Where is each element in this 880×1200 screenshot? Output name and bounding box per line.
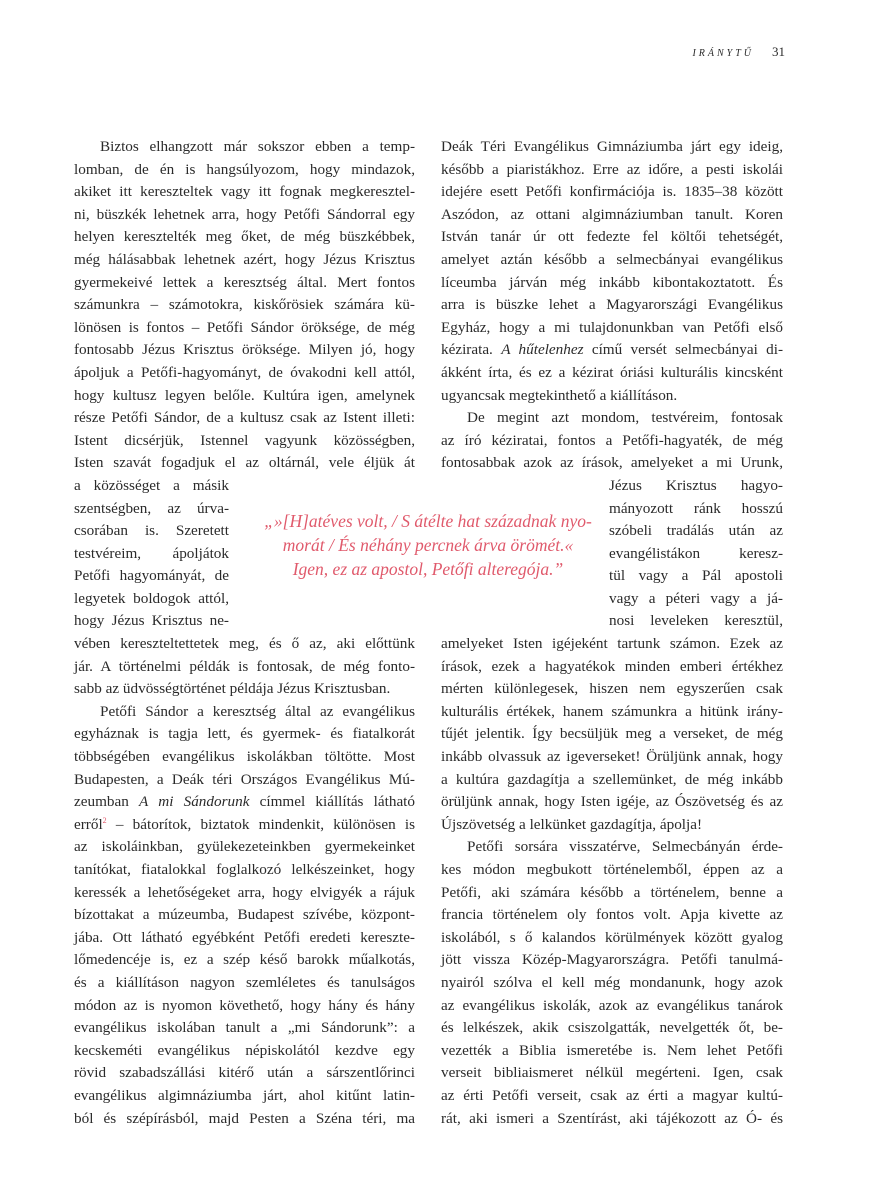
exhibit-title: A mi Sándorunk [139,793,249,810]
text-line: rát, aki ismeri a Szentírást, aki tájéko… [441,1108,783,1131]
text-line: és a kiállításon nagyon szemléletes és t… [74,972,415,995]
left-column: Biztos elhangzott már sokszor ebben a te… [74,136,415,1130]
text-line: evangélistákon keresz- [609,543,783,566]
text-line: nyairól szólva el kell még mondanunk, ho… [441,972,783,995]
text-fragment: címmel kiállítás látható [249,793,415,810]
text-line: inkább olvassuk az igeverseket! Örüljünk… [441,746,783,769]
text-line: nosi leveleken keresztül, [609,610,783,633]
text-line: kes módon megbukott történelemből, éppen… [441,859,783,882]
text-line: hogy kultusz legyen belőle. Kultúra igen… [74,385,415,408]
text-line: tanítókat, fiatalokkal foglalkozó lelkés… [74,859,415,882]
text-line: akiket itt kereszteltek vagy itt fognak … [74,181,415,204]
text-line: István tanár úr ott fedezte fel költői t… [441,226,783,249]
text-fragment: – bátorítok, biztatok mindenkit, különös… [107,816,415,833]
text-line: idejére esett Petőfi konfirmációja is. 1… [441,181,783,204]
text-line: ápoljuk a Petőfi-hagyományt, de óvakodni… [74,362,415,385]
text-line: a kultúra gazdagítja a szellemünket, de … [441,769,783,792]
text-line: örüljünk annak, hogy Isten igéje, az Ósz… [441,791,783,814]
text-line: kulturális értékek, hanem számunkra a hi… [441,701,783,724]
text-line: Jézus Krisztus hagyo- [609,475,783,498]
text-line: egyháznak is tagja lett, és gyermek- és … [74,723,415,746]
text-line-exhibit: zeumban A mi Sándorunk címmel kiállítás … [74,791,415,814]
text-line: tül vagy a Pál apostoli [609,565,783,588]
text-line: Biztos elhangzott már sokszor ebben a te… [74,136,415,159]
text-line: Petőfi Sándor a keresztség által az evan… [74,701,415,724]
text-line: lönösen is fontos – Petőfi Sándor öröksé… [74,317,415,340]
text-fragment: című versét selmecbányai di- [584,341,784,358]
text-line: vagy a péteri vagy a já- [609,588,783,611]
text-line: kecskeméti evangélikus népiskolától kezd… [74,1040,415,1063]
text-line: sabb az üdvösségtörténet példája Jézus K… [74,678,415,701]
text-line: többségében evangélikus iskolákban töltö… [74,746,415,769]
text-line: része Petőfi Sándor, de a kultusz csak a… [74,407,415,430]
text-line: Újszövetség a lelkünket gazdagítja, ápol… [441,814,783,837]
text-fragment: zeumban [74,793,139,810]
text-line: Istent dicsérjük, Istennel vagyunk közös… [74,430,415,453]
journal-title: IRÁNYTŰ [692,48,754,59]
text-line: később a piaristákhoz. Erre az időre, a … [441,159,783,182]
text-line: evangélikus algimnáziumba járt, ahol kit… [74,1085,415,1108]
text-fragment: erről [74,816,103,833]
text-line: iskolából, s ő kalandos körülmények közö… [441,927,783,950]
text-line: Petőfi sorsára visszatérve, Selmecbányán… [441,836,783,859]
text-line: rövid szabadszállási kitérő után a sársz… [74,1062,415,1085]
text-line: Budapesten, a Deák téri Országos Evangél… [74,769,415,792]
text-line: jött vissza Közép-Magyarországra. Petőfi… [441,949,783,972]
text-line: vében kereszteltettetek meg, és ő az, ak… [74,633,415,656]
text-line: verseit bibliaismeret nélkül megérteni. … [441,1062,783,1085]
text-line: mérten különlegesek, hiszen nem egyszerű… [441,678,783,701]
text-line: az evangélikus iskolák, azok az evangéli… [441,995,783,1018]
text-line: fontosabbak azok az írások, amelyeket a … [441,452,783,475]
text-line: Aszódon, az ottani algimnáziumban tanult… [441,204,783,227]
text-line: ból és szépírásból, majd Pesten a Széna … [74,1108,415,1131]
text-line: módon az is nyomon követhető, hogy hány … [74,995,415,1018]
text-line: arra is büszke lehet a Magyarországi Eva… [441,294,783,317]
text-line: francia történelem oly fontos volt. Apja… [441,904,783,927]
text-line-footnote: erről2 – bátorítok, biztatok mindenkit, … [74,814,415,837]
text-line: helyen keresztelték meg őket, de még büs… [74,226,415,249]
text-line: jába. Ott látható egyébként Petőfi erede… [74,927,415,950]
text-line: amelyet aztán később a selmecbányai evan… [441,249,783,272]
text-line: szentségben, az úrva- [74,498,229,521]
running-head: IRÁNYTŰ31 [600,44,785,62]
text-line: szóbeli tradálás után az [609,520,783,543]
text-line: hogy Jézus Krisztus ne- [74,610,229,633]
text-line-poem: kézirata. A hűtelenhez című versét selme… [441,339,783,362]
text-line: csorában is. Szeretett [74,520,229,543]
text-line: De megint azt mondom, testvéreim, fontos… [441,407,783,430]
text-line: Petőfi hagyományát, de [74,565,229,588]
text-line: a közösséget a másik [74,475,229,498]
text-line: amelyeket Isten igéjeként tartunk számon… [441,633,783,656]
text-line: Deák Téri Evangélikus Gimnáziumba járt e… [441,136,783,159]
text-line: az író kéziratai, fontos a Petőfi-hagyat… [441,430,783,453]
text-line: jár. A történelmi példák is fontosak, de… [74,656,415,679]
text-line: az érti Petőfi verseit, csak az érti a m… [441,1085,783,1108]
text-line: vezették a Biblia ismeretébe is. Nem leh… [441,1040,783,1063]
text-line: számunkra – számotokra, kiskőrösiek szám… [74,294,415,317]
text-line: bízottakat a múzeumba, Budapest szívébe,… [74,904,415,927]
text-line: gyermekeivé lettek a keresztség által. M… [74,272,415,295]
text-line: ugyancsak megtekinthető a kiállításon. [441,385,783,408]
text-line: tűjét jelentik. Így becsüljük meg a vers… [441,723,783,746]
text-line: lomban, de én is hangsúlyozom, hogy mind… [74,159,415,182]
text-line: legyetek boldogok attól, [74,588,229,611]
text-line: evangélikus iskolában tanult a „mi Sándo… [74,1017,415,1040]
text-line: mányozott ránk hosszú [609,498,783,521]
page-number: 31 [772,44,785,59]
text-line: ni, büszkék lehetnek arra, hogy Petőfi S… [74,204,415,227]
text-line: keressék a lehetőségeket arra, hogy elvi… [74,882,415,905]
text-line: írások, ezek a hagyatékok minden emberi … [441,656,783,679]
text-line: Petőfi, aki számára később a történelem,… [441,882,783,905]
text-line: fontosabb Jézus Krisztus öröksége. Milye… [74,339,415,362]
text-line: még hálásabbak lehetnek azért, hogy Jézu… [74,249,415,272]
text-line: ákként írta, és ez a kézirat óriási kult… [441,362,783,385]
text-line: líceumba járván még inkább kibontakoztat… [441,272,783,295]
text-line: lőmedencéje is, ez a szép késő barokk mű… [74,949,415,972]
right-column: Deák Téri Evangélikus Gimnáziumba járt e… [441,136,783,1130]
text-line: testvéreim, ápoljátok [74,543,229,566]
text-line: Isten szavát fogadjuk el az oltárnál, ve… [74,452,415,475]
poem-title: A hűtelenhez [501,341,583,358]
text-fragment: kézirata. [441,341,501,358]
text-line: az iskoláinkban, gyülekezeteinkben gyerm… [74,836,415,859]
text-line: és lelkészek, akik csiszolgatták, nevelg… [441,1017,783,1040]
text-line: Egyház, hogy a mi tulajdonunkban van Pet… [441,317,783,340]
